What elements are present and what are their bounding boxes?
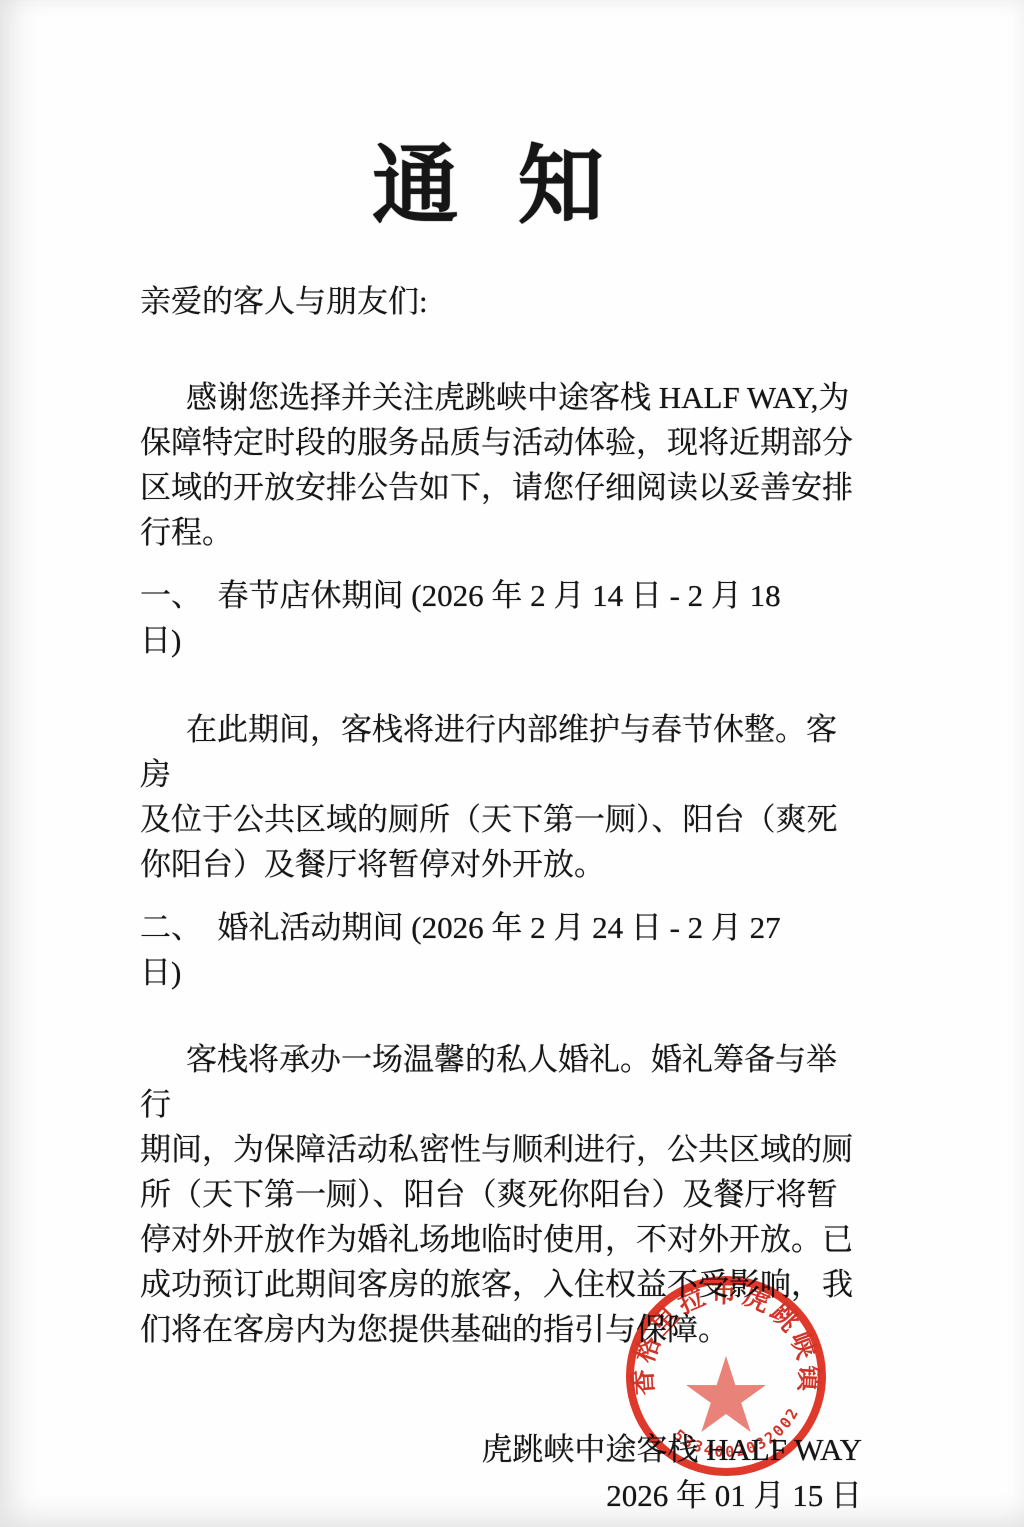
intro-paragraph: 感谢您选择并关注虎跳峡中途客栈 HALF WAY,为保障特定时段的服务品质与活动…: [140, 375, 862, 555]
text-line: 所（天下第一厕）、阳台（爽死你阳台）及餐厅将暂: [140, 1172, 862, 1217]
section-2-heading: 二、 婚礼活动期间 (2026 年 2 月 24 日 - 2 月 27日): [140, 905, 862, 995]
official-stamp: 香格里拉市虎跳峡镇 5334002032002: [616, 1266, 836, 1486]
text-line: 停对外开放作为婚礼场地临时使用，不对外开放。已: [140, 1217, 862, 1262]
text-line: 在此期间，客栈将进行内部维护与春节休整。客房: [140, 707, 862, 797]
text-line: 区域的开放安排公告如下，请您仔细阅读以妥善安排: [140, 465, 862, 510]
notice-title: 通 知: [127, 0, 849, 229]
text-line: 客栈将承办一场温馨的私人婚礼。婚礼筹备与举行: [140, 1037, 862, 1127]
text-line: 你阳台）及餐厅将暂停对外开放。: [140, 842, 862, 887]
section-1-body: 在此期间，客栈将进行内部维护与春节休整。客房及位于公共区域的厕所（天下第一厕）、…: [140, 707, 862, 887]
text-line: 一、 春节店休期间 (2026 年 2 月 14 日 - 2 月 18: [140, 573, 862, 618]
section-1-heading: 一、 春节店休期间 (2026 年 2 月 14 日 - 2 月 18日): [140, 573, 862, 663]
text-line: 行程。: [140, 510, 862, 555]
text-line: 日): [140, 618, 862, 663]
notice-page: 通 知 亲爱的客人与朋友们: 感谢您选择并关注虎跳峡中途客栈 HALF WAY,…: [0, 0, 1024, 1527]
text-line: 及位于公共区域的厕所（天下第一厕）、阳台（爽死: [140, 797, 862, 842]
text-line: 二、 婚礼活动期间 (2026 年 2 月 24 日 - 2 月 27: [140, 905, 862, 950]
text-line: 期间，为保障活动私密性与顺利进行，公共区域的厕: [140, 1127, 862, 1172]
text-line: 日): [140, 950, 862, 995]
greeting: 亲爱的客人与朋友们:: [140, 279, 862, 324]
text-line: 保障特定时段的服务品质与活动体验，现将近期部分: [140, 420, 862, 465]
text-line: 感谢您选择并关注虎跳峡中途客栈 HALF WAY,为: [140, 375, 862, 420]
scanned-notice-photo: { "notice": { "title": "通 知", "greeting"…: [0, 0, 1024, 1527]
stamp-star-icon: [686, 1356, 766, 1432]
